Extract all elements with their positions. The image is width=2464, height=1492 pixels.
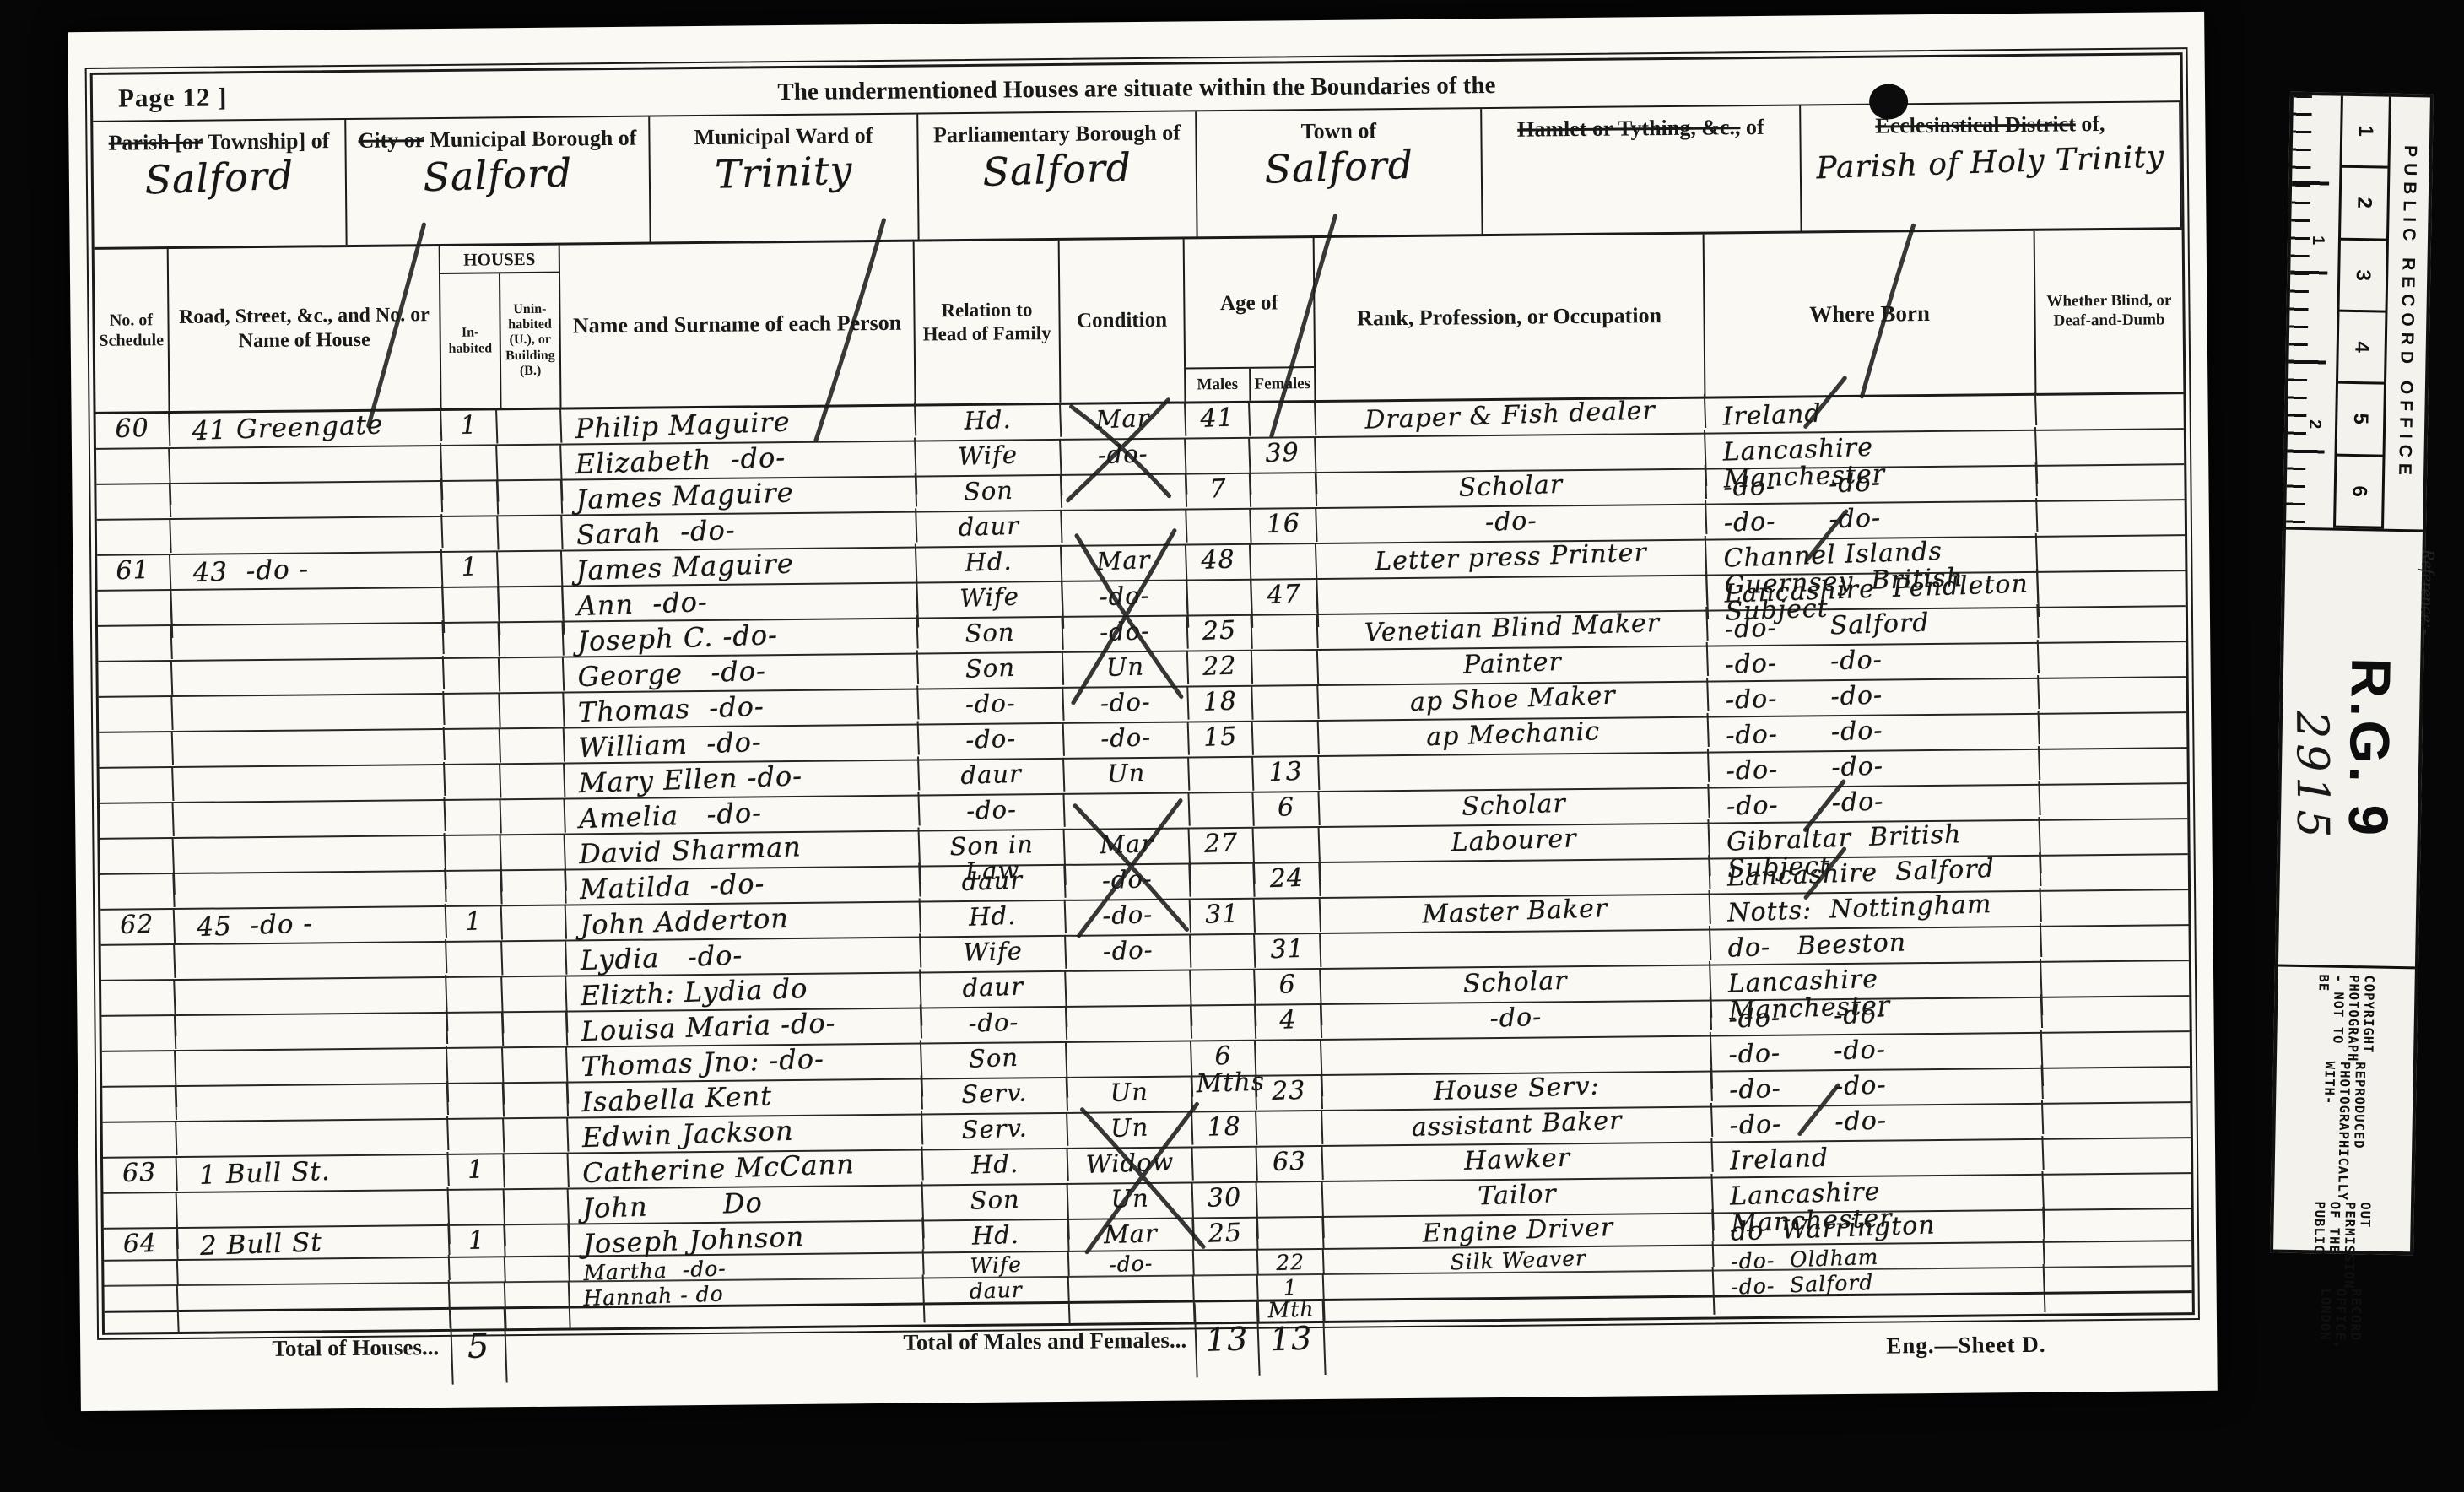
- cell-condition: Mar: [1061, 403, 1186, 441]
- cell-uninhabited: [504, 1083, 569, 1119]
- col-header-houses: HOUSES: [440, 246, 559, 274]
- cell-uninhabited: [505, 1282, 571, 1332]
- cell-age-male: [1192, 1076, 1257, 1112]
- cell-inhabited: [442, 516, 499, 552]
- census-sheet: Page 12 ] The undermentioned Houses are …: [68, 12, 2218, 1411]
- total-females-value: 13: [1258, 1300, 1327, 1377]
- col-header-females: Females: [1251, 368, 1314, 401]
- cell-age-male: 25: [1193, 1218, 1258, 1251]
- total-houses-label: Total of Houses...: [105, 1333, 451, 1363]
- cell-infirmity: [2038, 605, 2186, 644]
- cell-inhabited: [448, 1083, 505, 1118]
- cell-inhabited: [443, 623, 500, 658]
- cell-schedule: [99, 732, 174, 768]
- col-header-road: Road, Street, &c., and No. or Name of Ho…: [169, 246, 442, 411]
- census-form: Page 12 ] The undermentioned Houses are …: [90, 52, 2195, 1335]
- cell-relation: Hd.: [921, 900, 1067, 938]
- header-box-label: Parliamentary Borough of: [918, 120, 1195, 148]
- cell-infirmity: [2037, 463, 2185, 502]
- cell-schedule: [99, 767, 174, 803]
- cell-condition: [1064, 792, 1190, 830]
- cell-schedule: 63: [103, 1157, 178, 1193]
- cell-age-female: 22: [1258, 1249, 1325, 1277]
- cell-condition: Mar: [1068, 1218, 1194, 1254]
- pro-ruler: 1 2 123456 PUBLIC RECORD OFFICE: [2286, 95, 2430, 532]
- cell-schedule: [100, 803, 175, 839]
- cell-condition: Widow: [1068, 1147, 1194, 1185]
- cell-inhabited: 1: [446, 905, 503, 941]
- cell-age-female: [1251, 473, 1317, 509]
- cell-uninhabited: [499, 622, 564, 658]
- ruler-number: 5: [2337, 384, 2383, 457]
- cell-inhabited: [442, 481, 499, 516]
- cell-age-male: 22: [1188, 651, 1253, 687]
- cell-age-female: [1256, 1111, 1323, 1147]
- col-header-schedule: No. of Schedule: [95, 249, 170, 412]
- cell-inhabited: [446, 871, 502, 906]
- cell-age-female: 24: [1254, 862, 1321, 899]
- cell-age-female: [1252, 650, 1319, 686]
- cell-schedule: 64: [103, 1228, 178, 1262]
- cell-uninhabited: [497, 409, 562, 446]
- cell-condition: [1062, 509, 1187, 547]
- cell-age-male: 31: [1191, 899, 1256, 935]
- cell-age-male: 7: [1186, 473, 1251, 510]
- pro-reference-section: R.G. 9 2915 Reference:-: [2278, 530, 2423, 970]
- cell-age-male: 41: [1186, 403, 1251, 439]
- sheet-footer: Eng.—Sheet D.: [1886, 1332, 2046, 1360]
- cell-schedule: [100, 873, 175, 910]
- col-header-males: Males: [1186, 369, 1251, 402]
- cell-schedule: [102, 1122, 177, 1158]
- header-box: Parish [or Township] of Salford: [93, 120, 347, 247]
- header-box-value: Parish of Holy Trinity: [1801, 142, 2180, 185]
- cell-age-male: [1189, 792, 1254, 829]
- ruler-number-scale: 123456: [2336, 96, 2391, 529]
- header-box: Ecclesiastical District of, Parish of Ho…: [1801, 102, 2181, 230]
- cell-condition: -do-: [1065, 863, 1191, 901]
- pro-office-label: PUBLIC RECORD OFFICE: [2384, 97, 2430, 530]
- cell-infirmity: [2040, 853, 2188, 892]
- cell-infirmity: [2041, 924, 2189, 963]
- cell-condition: Un: [1067, 1111, 1193, 1149]
- cell-uninhabited: [502, 941, 567, 977]
- col-header-born: Where Born: [1705, 231, 2037, 397]
- cell-inhabited: [444, 694, 500, 729]
- cell-age-female: 47: [1251, 579, 1318, 615]
- header-box-label: Ecclesiastical District of,: [1801, 111, 2179, 139]
- cell-inhabited: [450, 1257, 506, 1284]
- cell-uninhabited: [505, 1224, 570, 1258]
- cell-uninhabited: [500, 764, 565, 800]
- col-header-age-group: Age of Males Females: [1185, 238, 1316, 401]
- cell-age-female: 16: [1251, 508, 1317, 544]
- cell-schedule: 60: [95, 413, 170, 449]
- ruler-inch-label: 1: [2308, 235, 2327, 246]
- cell-age-male: 25: [1187, 615, 1252, 651]
- cell-schedule: 62: [100, 909, 176, 945]
- pro-reference-strip: 1 2 123456 PUBLIC RECORD OFFICE R.G. 9 2…: [2270, 92, 2434, 1256]
- cell-uninhabited: [501, 799, 566, 835]
- cell-schedule: [98, 661, 173, 697]
- header-box-label: City or Municipal Borough of: [346, 126, 648, 154]
- ruler-number: 3: [2339, 240, 2386, 312]
- cell-inhabited: [446, 800, 502, 835]
- cell-relation: Serv.: [922, 1077, 1068, 1116]
- cell-condition: [1062, 473, 1187, 511]
- header-box-value: Salford: [346, 150, 649, 199]
- cell-age-female: 63: [1256, 1146, 1323, 1182]
- cell-age-male: 15: [1189, 722, 1254, 758]
- cell-condition: -do-: [1062, 580, 1188, 618]
- cell-inhabited: [448, 1118, 505, 1154]
- header-box-label: Hamlet or Tything, &c., of: [1482, 114, 1799, 142]
- cell-relation: daur: [920, 864, 1066, 903]
- header-box-label: Town of: [1197, 117, 1480, 145]
- cell-condition: Un: [1063, 651, 1189, 689]
- cell-address: [178, 1280, 451, 1337]
- cell-age-male: [1191, 1005, 1256, 1041]
- ruler-ticks: 1 2: [2286, 95, 2343, 528]
- cell-age-male: 18: [1192, 1111, 1257, 1148]
- cell-schedule: [98, 625, 173, 662]
- cell-relation: -do-: [921, 1006, 1067, 1045]
- cell-uninhabited: [499, 587, 564, 623]
- cell-condition: -do-: [1066, 934, 1191, 972]
- total-males-value: 13: [1194, 1301, 1261, 1378]
- cell-relation: Son: [918, 651, 1064, 690]
- cell-infirmity: [2040, 747, 2187, 786]
- cell-infirmity: [2039, 676, 2186, 715]
- ruler-inch-label: 2: [2305, 419, 2324, 430]
- total-houses-value: 5: [450, 1308, 508, 1384]
- cell-schedule: [98, 696, 173, 732]
- cell-relation: Wife: [921, 935, 1067, 974]
- cell-age-female: [1250, 402, 1316, 438]
- ruler-number: 1: [2342, 96, 2388, 169]
- cell-uninhabited: [505, 1257, 570, 1284]
- ruler-number: 6: [2336, 456, 2382, 528]
- cell-age-female: 31: [1255, 933, 1321, 970]
- copyright-line: OUT PERMISSION OF THE PUBLIC: [2310, 1201, 2373, 1289]
- cell-age-male: [1186, 509, 1251, 545]
- cell-age-female: 4: [1256, 1004, 1322, 1041]
- col-header-uninhabited: Unin-habited (U.), or Building (B.): [500, 273, 560, 408]
- cell-uninhabited: [498, 516, 563, 552]
- cell-infirmity: [2043, 1066, 2191, 1105]
- header-box-value: Salford: [1197, 143, 1481, 191]
- cell-age-female: [1257, 1217, 1324, 1251]
- cell-relation: Hd.: [916, 403, 1062, 442]
- cell-uninhabited: [503, 1012, 568, 1048]
- copyright-line: COPYRIGHT PHOTOGRAPH - NOT TO BE: [2315, 974, 2377, 1062]
- cell-age-female: 23: [1256, 1075, 1323, 1111]
- copyright-line: RECORD OFFICE, LONDON: [2317, 1288, 2364, 1349]
- ink-dot: [1869, 84, 1908, 119]
- cell-infirmity: [2043, 1101, 2191, 1140]
- cell-relation: -do-: [920, 793, 1066, 832]
- reference-series-column: R.G. 9 2915: [2283, 542, 2405, 954]
- cell-age-female: 6: [1253, 792, 1320, 828]
- cell-age-male: [1187, 580, 1252, 616]
- cell-infirmity: [2038, 570, 2186, 608]
- cell-inhabited: [445, 765, 501, 800]
- cell-age-female: [1253, 721, 1320, 757]
- scanned-census-page: Page 12 ] The undermentioned Houses are …: [0, 0, 2464, 1492]
- cell-relation: Serv.: [922, 1112, 1068, 1151]
- cell-infirmity: [2041, 889, 2189, 927]
- cell-infirmity: [2039, 641, 2186, 679]
- cell-relation: Wife: [917, 581, 1063, 619]
- cell-age-male: [1194, 1250, 1259, 1278]
- cell-inhabited: [445, 729, 501, 765]
- cell-relation: Son: [916, 474, 1062, 513]
- header-box: Town of Salford: [1197, 109, 1483, 236]
- cell-age-male: [1193, 1147, 1258, 1183]
- cell-schedule: [96, 519, 171, 555]
- cell-uninhabited: [505, 1154, 570, 1190]
- cell-age-female: 13: [1253, 756, 1320, 792]
- cell-uninhabited: [500, 728, 565, 765]
- cell-inhabited: [443, 587, 500, 623]
- table-body: 60 41 Greengate 1 Philip Maguire Hd. Mar…: [96, 394, 2192, 1311]
- cell-infirmity: [2044, 1208, 2191, 1244]
- col-header-condition: Condition: [1060, 239, 1186, 402]
- cell-relation: -do-: [919, 722, 1065, 761]
- cell-age-male: [1190, 863, 1255, 900]
- cell-condition: [1069, 1275, 1196, 1327]
- cell-inhabited: [446, 941, 503, 976]
- cell-relation: daur: [924, 1276, 1071, 1328]
- cell-infirmity: [2040, 711, 2187, 750]
- cell-schedule: [97, 590, 172, 626]
- cell-inhabited: 1: [449, 1154, 505, 1189]
- header-box-value: Salford: [918, 145, 1196, 193]
- cell-infirmity: [2040, 782, 2187, 821]
- col-header-inhabited: In-habited: [440, 273, 502, 408]
- cell-uninhabited: [504, 1118, 569, 1154]
- cell-relation: Hd.: [923, 1219, 1069, 1255]
- cell-uninhabited: [500, 693, 565, 729]
- cell-inhabited: [447, 1012, 504, 1047]
- cell-infirmity: [2043, 1137, 2191, 1176]
- table-header: No. of Schedule Road, Street, &c., and N…: [95, 230, 2184, 414]
- cell-infirmity: [2037, 499, 2185, 538]
- reference-label: Reference:-: [2410, 549, 2439, 954]
- cell-condition: Un: [1064, 757, 1190, 795]
- cell-schedule: [96, 484, 171, 520]
- cell-infirmity: [2036, 392, 2184, 431]
- copyright-notice: COPYRIGHT PHOTOGRAPH - NOT TO BEREPRODUC…: [2272, 967, 2415, 1358]
- cell-condition: -do-: [1063, 686, 1189, 724]
- col-header-name: Name and Surname of each Person: [560, 242, 916, 408]
- cell-condition: -do-: [1064, 722, 1190, 760]
- cell-age-female: [1255, 898, 1321, 934]
- cell-schedule: [104, 1260, 179, 1288]
- cell-age-male: [1189, 757, 1254, 793]
- cell-condition: Un: [1067, 1076, 1193, 1114]
- header-boxes: Parish [or Township] of Salford City or …: [93, 102, 2181, 250]
- header-box-label: Municipal Ward of: [650, 123, 916, 151]
- col-header-relation: Relation to Head of Family: [915, 241, 1062, 404]
- header-box: Hamlet or Tything, &c., of: [1482, 105, 1802, 234]
- cell-age-male: [1191, 934, 1256, 970]
- col-header-occupation: Rank, Profession, or Occupation: [1315, 235, 1706, 400]
- cell-condition: -do-: [1066, 899, 1191, 937]
- cell-inhabited: [444, 658, 500, 694]
- copyright-line: REPRODUCED PHOTOGRAPHICALLY WITH-: [2320, 1062, 2368, 1202]
- cell-schedule: [101, 1015, 176, 1051]
- cell-uninhabited: [502, 905, 567, 942]
- cell-condition: [1067, 1005, 1192, 1043]
- cell-infirmity: [2042, 995, 2190, 1034]
- cell-schedule: [100, 944, 176, 981]
- cell-relation: Hd.: [923, 1148, 1069, 1187]
- col-header-age: Age of: [1185, 238, 1314, 367]
- cell-uninhabited: [500, 657, 565, 694]
- header-box: Parliamentary Borough of Salford: [918, 111, 1197, 239]
- header-box: Municipal Ward of Trinity: [650, 115, 919, 242]
- cell-relation: Son: [917, 616, 1063, 655]
- ruler-number: 4: [2338, 312, 2385, 385]
- cell-age-female: [1252, 685, 1319, 722]
- cell-schedule: [102, 1086, 177, 1122]
- col-header-houses-group: HOUSES In-habited Unin-habited (U.), or …: [440, 246, 562, 408]
- reference-piece-number: 2915: [2286, 711, 2337, 843]
- cell-relation: daur: [916, 510, 1062, 549]
- cell-uninhabited: [498, 480, 563, 516]
- cell-relation: daur: [919, 758, 1065, 797]
- ruler-number: 2: [2341, 168, 2387, 241]
- reference-series: R.G. 9: [2337, 657, 2404, 840]
- col-header-infirmity: Whether Blind, or Deaf-and-Dumb: [2035, 230, 2184, 393]
- cell-age-female: [1251, 614, 1318, 651]
- total-persons-label: Total of Males and Females...: [570, 1327, 1195, 1359]
- header-box-value: Salford: [93, 154, 345, 201]
- cell-infirmity: [2045, 1265, 2193, 1317]
- header-box-value: Trinity: [650, 149, 917, 197]
- cell-condition: -do-: [1062, 615, 1188, 653]
- cell-relation: -do-: [918, 687, 1064, 726]
- cell-inhabited: 1: [441, 410, 498, 446]
- cell-age-male: 18: [1188, 686, 1253, 722]
- cell-uninhabited: [501, 870, 566, 906]
- header-box-label: Parish [or Township] of: [93, 128, 344, 156]
- header-box: City or Municipal Borough of Salford: [346, 117, 651, 245]
- cell-schedule: [104, 1285, 180, 1335]
- cell-inhabited: 1: [449, 1224, 505, 1258]
